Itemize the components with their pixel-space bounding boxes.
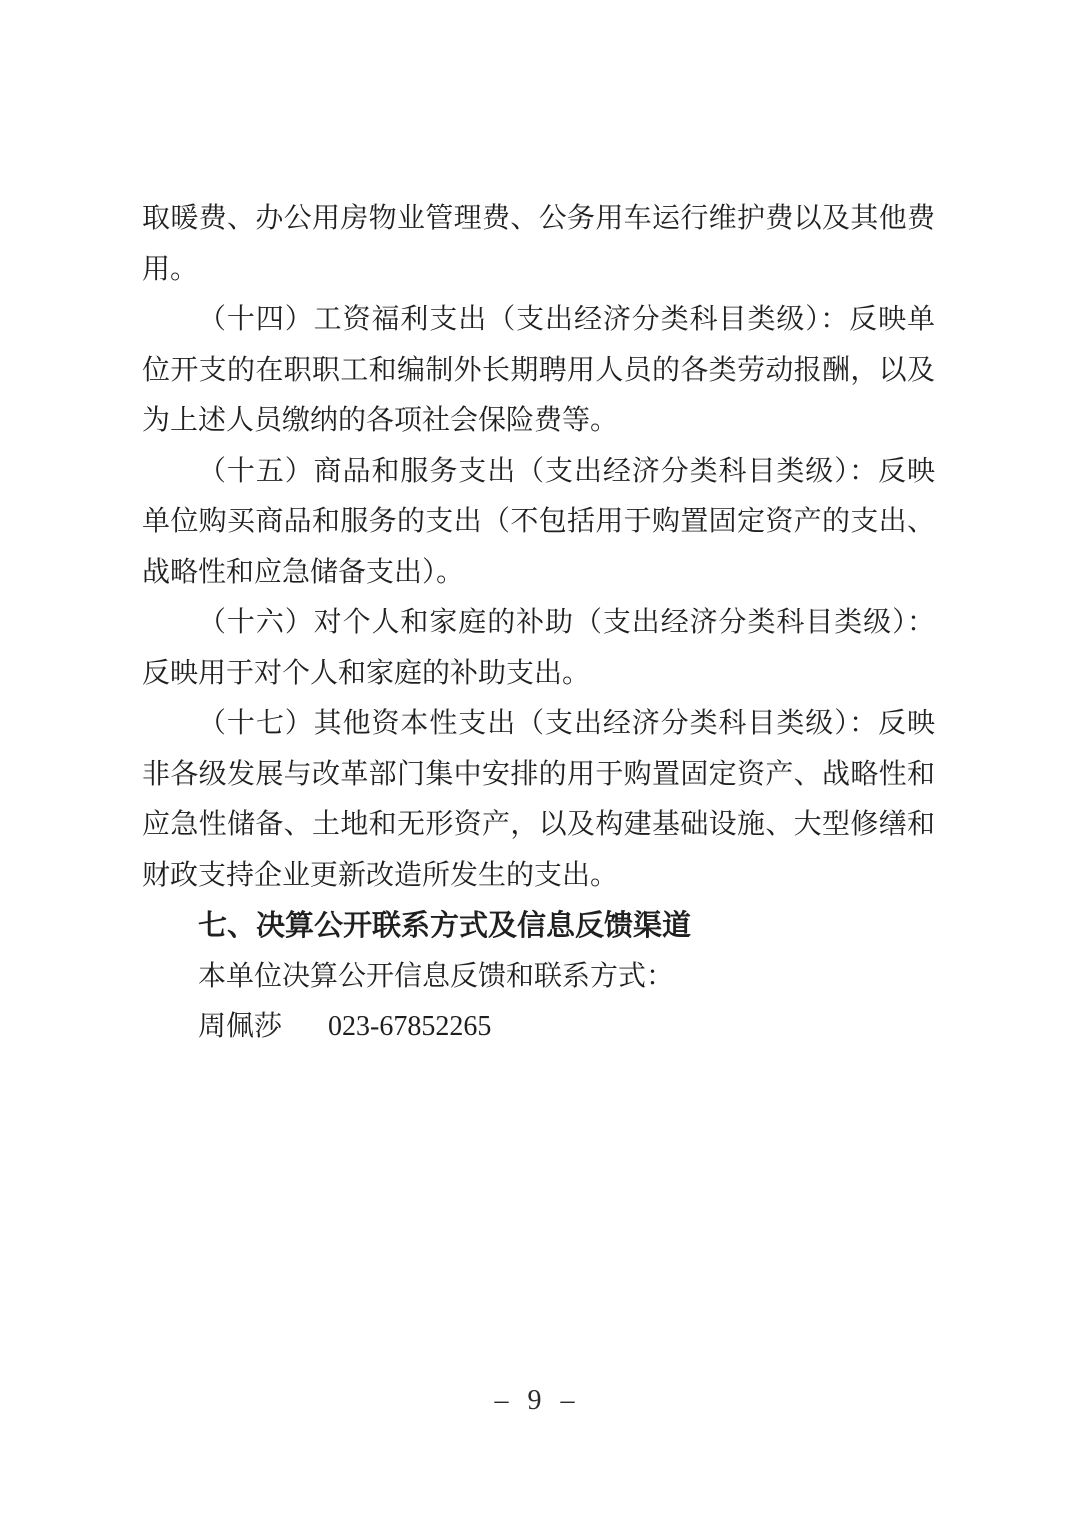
document-line: 战略性和应急储备支出）。 [142, 548, 935, 599]
document-page: 取暖费、办公用房物业管理费、公务用车运行维护费以及其他费用。（十四）工资福利支出… [0, 0, 1075, 1520]
document-line: 反映用于对个人和家庭的补助支出。 [142, 649, 935, 700]
document-line: 周佩莎023-67852265 [142, 1002, 935, 1053]
page-footer: – 9 – [0, 1385, 1075, 1417]
document-line: 财政支持企业更新改造所发生的支出。 [142, 851, 935, 902]
document-line: 用。 [142, 245, 935, 296]
document-line: 非各级发展与改革部门集中安排的用于购置固定资产、战略性和 [142, 750, 935, 801]
document-line: 取暖费、办公用房物业管理费、公务用车运行维护费以及其他费 [142, 194, 935, 245]
page-number: – 9 – [495, 1385, 581, 1416]
document-line: （十五）商品和服务支出（支出经济分类科目类级）：反映 [142, 447, 935, 498]
document-line: 为上述人员缴纳的各项社会保险费等。 [142, 396, 935, 447]
document-line: 位开支的在职职工和编制外长期聘用人员的各类劳动报酬，以及 [142, 346, 935, 397]
contact-name: 周佩莎 [198, 1011, 282, 1042]
document-line: 单位购买商品和服务的支出（不包括用于购置固定资产的支出、 [142, 497, 935, 548]
document-line: 应急性储备、土地和无形资产，以及构建基础设施、大型修缮和 [142, 800, 935, 851]
document-line: 本单位决算公开信息反馈和联系方式： [142, 952, 935, 1003]
contact-phone: 023-67852265 [328, 1011, 491, 1042]
document-line: （十七）其他资本性支出（支出经济分类科目类级）：反映 [142, 699, 935, 750]
document-line: （十六）对个人和家庭的补助（支出经济分类科目类级）： [142, 598, 935, 649]
document-content: 取暖费、办公用房物业管理费、公务用车运行维护费以及其他费用。（十四）工资福利支出… [142, 194, 935, 1053]
section-heading: 七、决算公开联系方式及信息反馈渠道 [142, 901, 935, 952]
document-line: （十四）工资福利支出（支出经济分类科目类级）：反映单 [142, 295, 935, 346]
